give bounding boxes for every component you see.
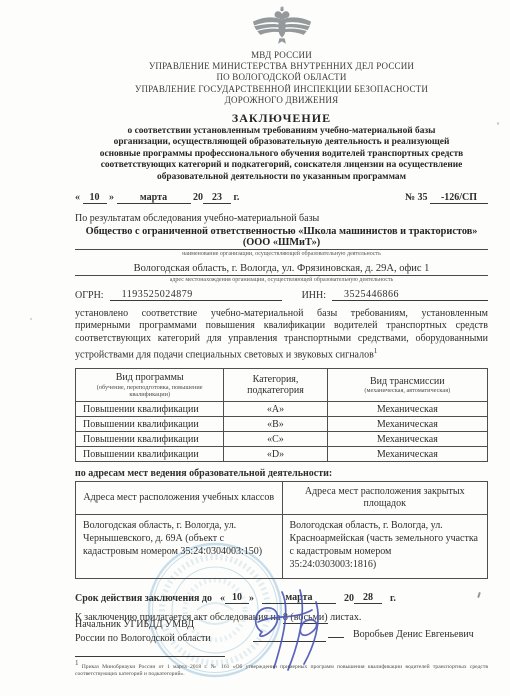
addresses-heading: по адресам мест ведения образовательной … [75,468,488,479]
cell-category: «С» [224,432,327,447]
addresses-table: Адреса мест расположения учебных классов… [75,481,488,579]
letterhead-line: УПРАВЛЕНИЕ МИНИСТЕРСТВА ВНУТРЕННИХ ДЕЛ Р… [75,61,488,72]
col-subtitle: (обучение, переподготовка, повышение ква… [79,384,220,398]
footnote-text: 1 Приказ Минобрнауки России от 1 марта 2… [75,660,488,678]
table-row: Вологодская область, г. Вологда, ул. Чер… [76,515,488,579]
col-category: Категория, подкатегория [224,369,327,402]
registry-row: ОГРН: 1193525024879 ИНН: 3525446866 [75,289,488,301]
table-row: Повышении квалификации «А» Механическая [76,402,488,417]
col-program-type: Вид программы (обучение, переподготовка,… [76,369,224,402]
statement-text: установлено соответствие учебно-материал… [75,308,488,361]
emblem-wrap [75,6,488,50]
cell-category: «D» [224,447,327,462]
table-row: Повышении квалификации «В» Механическая [76,417,488,432]
cell-transmission: Механическая [327,402,487,417]
col-title: Вид программы [79,372,220,384]
col-closed-areas: Адреса мест расположения закрытых площад… [282,482,488,515]
validity-prefix: Срок действия заключения до [75,593,212,604]
organization-name: Общество с ограниченной ответственностью… [75,226,488,237]
cell-program: Повышении квалификации [76,402,224,417]
mvd-eagle-emblem-icon [251,6,313,47]
cell-category: «В» [224,417,327,432]
col-classrooms: Адреса мест расположения учебных классов [76,482,283,515]
signature-line [253,641,326,642]
cell-program: Повышении квалификации [76,417,224,432]
quote-close: » [249,593,254,604]
document-page: МВД РОССИИ УПРАВЛЕНИЕ МИНИСТЕРСТВА ВНУТР… [0,0,510,696]
col-subtitle: (механическая, автоматическая) [331,387,484,394]
col-title: Вид трансмиссии [331,376,484,388]
signature-dash [328,637,344,638]
year-century: 20 [344,593,354,604]
doc-number-value: -126/СП [430,192,488,204]
document-subtitle: о соответствии установленным требованиям… [75,126,488,183]
letterhead-line: ДОРОЖНОГО ДВИЖЕНИЯ [75,95,488,106]
address-caption: адрес местонахождения организации, осуще… [75,276,488,284]
cell-closed-area-address: Вологодская область, г. Вологда, ул. Кра… [282,515,488,579]
validity-day-field: 10 [225,592,249,604]
cell-transmission: Механическая [327,447,487,462]
quote-close: » [109,192,114,203]
programs-table: Вид программы (обучение, переподготовка,… [75,368,488,462]
issue-day-field: 10 [83,192,107,204]
inn-value: 3525446866 [332,289,488,301]
year-suffix: г. [390,593,396,604]
footnote-body: Приказ Минобрнауки России от 1 марта 201… [75,664,488,677]
programs-table-header-row: Вид программы (обучение, переподготовка,… [76,369,488,402]
subtitle-line: основные программы профессионального обу… [75,149,488,160]
cell-transmission: Механическая [327,432,487,447]
statement-paragraph: установлено соответствие учебно-материал… [75,308,488,362]
ogrn-value: 1193525024879 [110,289,282,301]
col-title: Категория, подкатегория [227,374,323,397]
year-century: 20 [193,192,203,203]
col-transmission: Вид трансмиссии (механическая, автоматич… [327,369,487,402]
ogrn-label: ОГРН: [75,290,110,301]
cell-transmission: Механическая [327,417,487,432]
issue-date: « 10 » марта 2023 г. [75,192,239,204]
cell-classroom-address: Вологодская область, г. Вологда, ул. Чер… [76,515,283,579]
organization-address: Вологодская область, г. Вологда, ул. Фря… [75,263,488,276]
doc-number-label: № 35 [405,192,428,203]
footnote-ref: 1 [374,347,378,355]
letterhead-line: УПРАВЛЕНИЕ ГОСУДАРСТВЕННОЙ ИНСПЕКЦИИ БЕЗ… [75,84,488,95]
cell-category: «А» [224,402,327,417]
year-suffix: г. [234,192,240,203]
footnote-area: 1 Приказ Минобрнауки России от 1 марта 2… [75,656,495,678]
cell-program: Повышении квалификации [76,447,224,462]
addresses-table-header-row: Адреса мест расположения учебных классов… [76,482,488,515]
page-title: ЗАКЛЮЧЕНИЕ [75,111,488,126]
footnote-separator [75,656,225,657]
document-content: МВД РОССИИ УПРАВЛЕНИЕ МИНИСТЕРСТВА ВНУТР… [75,6,488,623]
organization-short-name: (ООО «ШМиТ») [75,237,488,250]
signer-name: Воробьев Денис Евгеньевич [353,629,474,640]
subtitle-line: организации, осуществляющей образователь… [75,137,488,148]
validity-year-field: 28 [354,592,382,604]
document-number: № 35 -126/СП [405,192,488,204]
quote-open: « [75,192,80,203]
issue-month-field: марта [117,192,191,204]
scan-speck [30,318,32,320]
letterhead-line: ПО ВОЛОГОДСКОЙ ОБЛАСТИ [75,72,488,83]
validity-month-field: марта [262,592,336,604]
date-number-row: « 10 » марта 2023 г. № 35 -126/СП [75,192,488,204]
issue-year-field: 23 [203,192,231,204]
validity-line: Срок действия заключения до « 10 » марта… [75,592,488,604]
inn-label: ИНН: [302,290,332,301]
scan-speck [497,122,499,125]
subtitle-line: соответствующих категорий и подкатегорий… [75,160,488,171]
table-row: Повышении квалификации «С» Механическая [76,432,488,447]
cell-program: Повышении квалификации [76,432,224,447]
subtitle-line: образовательной деятельности по указанны… [75,172,488,183]
subtitle-line: о соответствии установленным требованиям… [75,126,488,137]
letterhead: МВД РОССИИ УПРАВЛЕНИЕ МИНИСТЕРСТВА ВНУТР… [75,50,488,106]
lead-in-text: По результатам обследования учебно-матер… [75,213,488,224]
table-row: Повышении квалификации «D» Механическая [76,447,488,462]
letterhead-line: МВД РОССИИ [75,50,488,61]
organization-caption: наименование организации, осуществляющей… [75,250,488,258]
